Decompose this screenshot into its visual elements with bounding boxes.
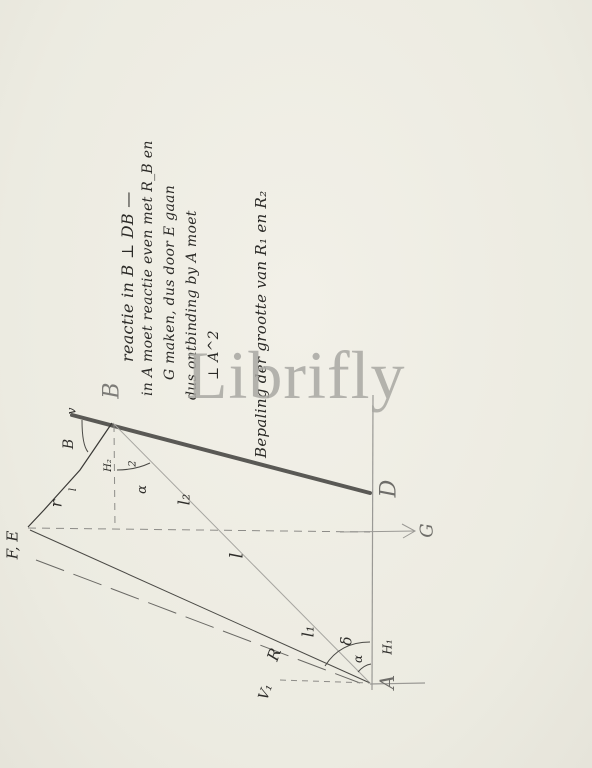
- note-line-6: Bepaling der grootte van R₁ en R₂: [252, 191, 270, 458]
- label-point-b: B: [100, 382, 125, 398]
- label-force-g: G: [417, 523, 438, 537]
- label-angle-beta: B: [61, 439, 77, 449]
- scanned-page: reactie in B ⊥ DB — in A moet reactie ev…: [0, 0, 592, 768]
- label-height-h2: H₂: [103, 459, 114, 472]
- label-small-v: v: [64, 408, 78, 415]
- label-point-a: A: [375, 675, 399, 689]
- label-small-r: r: [46, 500, 65, 508]
- dashed-vertical-b: [114, 425, 115, 528]
- label-point-fe: F, E: [3, 531, 21, 560]
- label-small-l: l: [68, 488, 79, 491]
- label-small-alpha-2: α: [135, 485, 150, 494]
- note-line-3: G maken, dus door E gaan: [162, 185, 178, 380]
- line-e-to-a: [30, 530, 370, 683]
- label-small-2: 2: [128, 460, 139, 466]
- line-r-force: [36, 560, 360, 683]
- label-angle-alpha: α: [351, 655, 365, 663]
- label-length-l: l: [226, 553, 247, 559]
- note-line-2: in A moet reactie even met R_B en: [140, 140, 156, 396]
- vertical-wall-line: [372, 395, 373, 690]
- angle-alpha-arc: [358, 664, 371, 672]
- note-line-1: reactie in B ⊥ DB —: [118, 191, 137, 362]
- dashed-horizontal-e: [28, 528, 370, 532]
- watermark: Librifly: [186, 336, 406, 415]
- label-height-h1: H₁: [381, 639, 395, 654]
- label-length-l1: l₁: [298, 626, 317, 638]
- label-point-d: D: [376, 480, 401, 498]
- label-angle-delta: δ: [338, 636, 356, 645]
- angle-beta-arc: [82, 420, 88, 452]
- label-length-l2: l₂: [174, 494, 193, 506]
